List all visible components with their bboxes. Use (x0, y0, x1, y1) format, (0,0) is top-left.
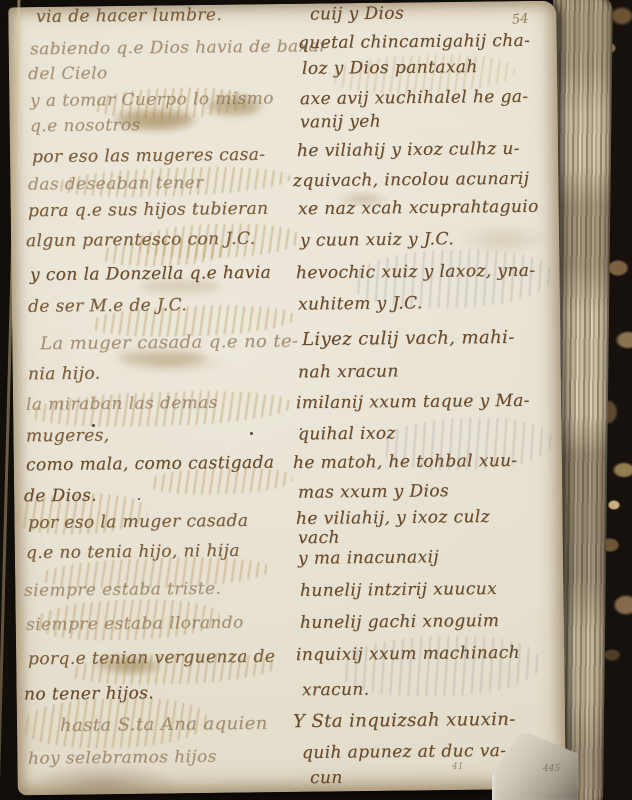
right-column-line: xuhitem y J.C. (298, 293, 423, 314)
left-column-line: del Cielo (28, 64, 108, 85)
right-column-line: axe avij xuchihalel he ga- (300, 87, 529, 109)
pencil-mark: 41 (452, 762, 463, 772)
manuscript-photo: 54 via de hacer lumbre. sabiendo q.e Dio… (0, 0, 632, 800)
left-column-line: das deseaban tener (28, 173, 204, 195)
left-column-line: hasta S.ta Ana aquien (60, 713, 268, 736)
left-column-line: siempre estaba llorando (26, 613, 244, 635)
right-column-line: y ma inacunaxij (298, 547, 439, 568)
right-column-line: hunelij gachi xnoguim (300, 611, 500, 633)
left-column-line: por eso las mugeres casa- (32, 145, 266, 167)
right-column-line: cuij y Dios (310, 4, 404, 25)
right-column-line: mas xxum y Dios (298, 481, 449, 503)
left-column-line: la miraban las demas (26, 393, 218, 415)
right-column-line: he viliahij y ixoz culhz u- (297, 139, 520, 161)
left-column-line: hoy selebramos hijos (28, 747, 217, 769)
right-column-line: quihal ixoz (298, 423, 396, 444)
left-column-line: La muger casada q.e no te- (40, 331, 299, 355)
handwriting-layer: 54 via de hacer lumbre. sabiendo q.e Dio… (0, 0, 632, 800)
right-column-line: xracun. (302, 680, 370, 701)
right-column-line: he matoh, he tohbal xuu- (293, 451, 518, 473)
left-column-line: de ser M.e de J.C. (28, 295, 187, 317)
right-column-line: xe naz xcah xcuprahtaguio (298, 197, 539, 220)
right-column-line: quih apunez at duc va- (302, 741, 507, 763)
left-column-line: como mala, como castigada (26, 453, 275, 476)
left-column-line: q.e no tenia hijo, ni hija (26, 541, 240, 563)
right-column-line: hevochic xuiz y laxoz, yna- (296, 261, 536, 284)
pencil-mark: 445 (543, 764, 560, 774)
left-column-line: no tener hijos. (24, 683, 154, 704)
left-column-line: por eso la muger casada (28, 511, 249, 533)
left-column-line: sabiendo q.e Dios havia de baxar (30, 36, 328, 59)
left-column-line: para q.e sus hijos tubieran (28, 199, 269, 222)
right-column-line: zquivach, incolou acunarij (293, 169, 530, 191)
left-column-line: algun parentesco con J.C. (26, 229, 256, 251)
left-column-line: q.e nosotros (30, 115, 141, 136)
right-column-line: nah xracun (298, 361, 399, 382)
right-column-line: imilanij xxum taque y Ma- (296, 391, 530, 413)
right-column-line: vach (298, 528, 340, 548)
left-column-line: porq.e tenian verguenza de (28, 647, 275, 670)
left-column-line: y con la Donzella q.e havia (30, 263, 271, 286)
page-number: 54 (511, 11, 529, 27)
right-column-line: he viliahij, y ixoz culz (296, 507, 490, 529)
right-column-line: hunelij intzirij xuucux (300, 579, 497, 601)
left-column-line: via de hacer lumbre. (36, 5, 222, 27)
left-column-line: mugeres, (26, 426, 110, 447)
left-column-line: y a tomar Cuerpo lo mismo (30, 89, 274, 112)
left-column-line: de Dios. (24, 486, 97, 507)
right-column-line: inquixij xxum machinach (296, 643, 520, 665)
right-column-line: Y Sta inquizsah xuuxin- (293, 709, 516, 732)
right-column-line: y cuun xuiz y J.C. (300, 229, 454, 251)
left-column-line: siempre estaba triste. (24, 579, 221, 601)
right-column-line: quetal chincamigahij cha- (298, 31, 530, 53)
right-column-line: loz y Dios pantaxah (302, 57, 478, 79)
right-column-line: cun (310, 768, 343, 788)
right-column-line: vanij yeh (300, 112, 381, 133)
right-column-line: Liyez culij vach, mahi- (302, 327, 515, 350)
left-column-line: nia hijo. (28, 364, 101, 385)
